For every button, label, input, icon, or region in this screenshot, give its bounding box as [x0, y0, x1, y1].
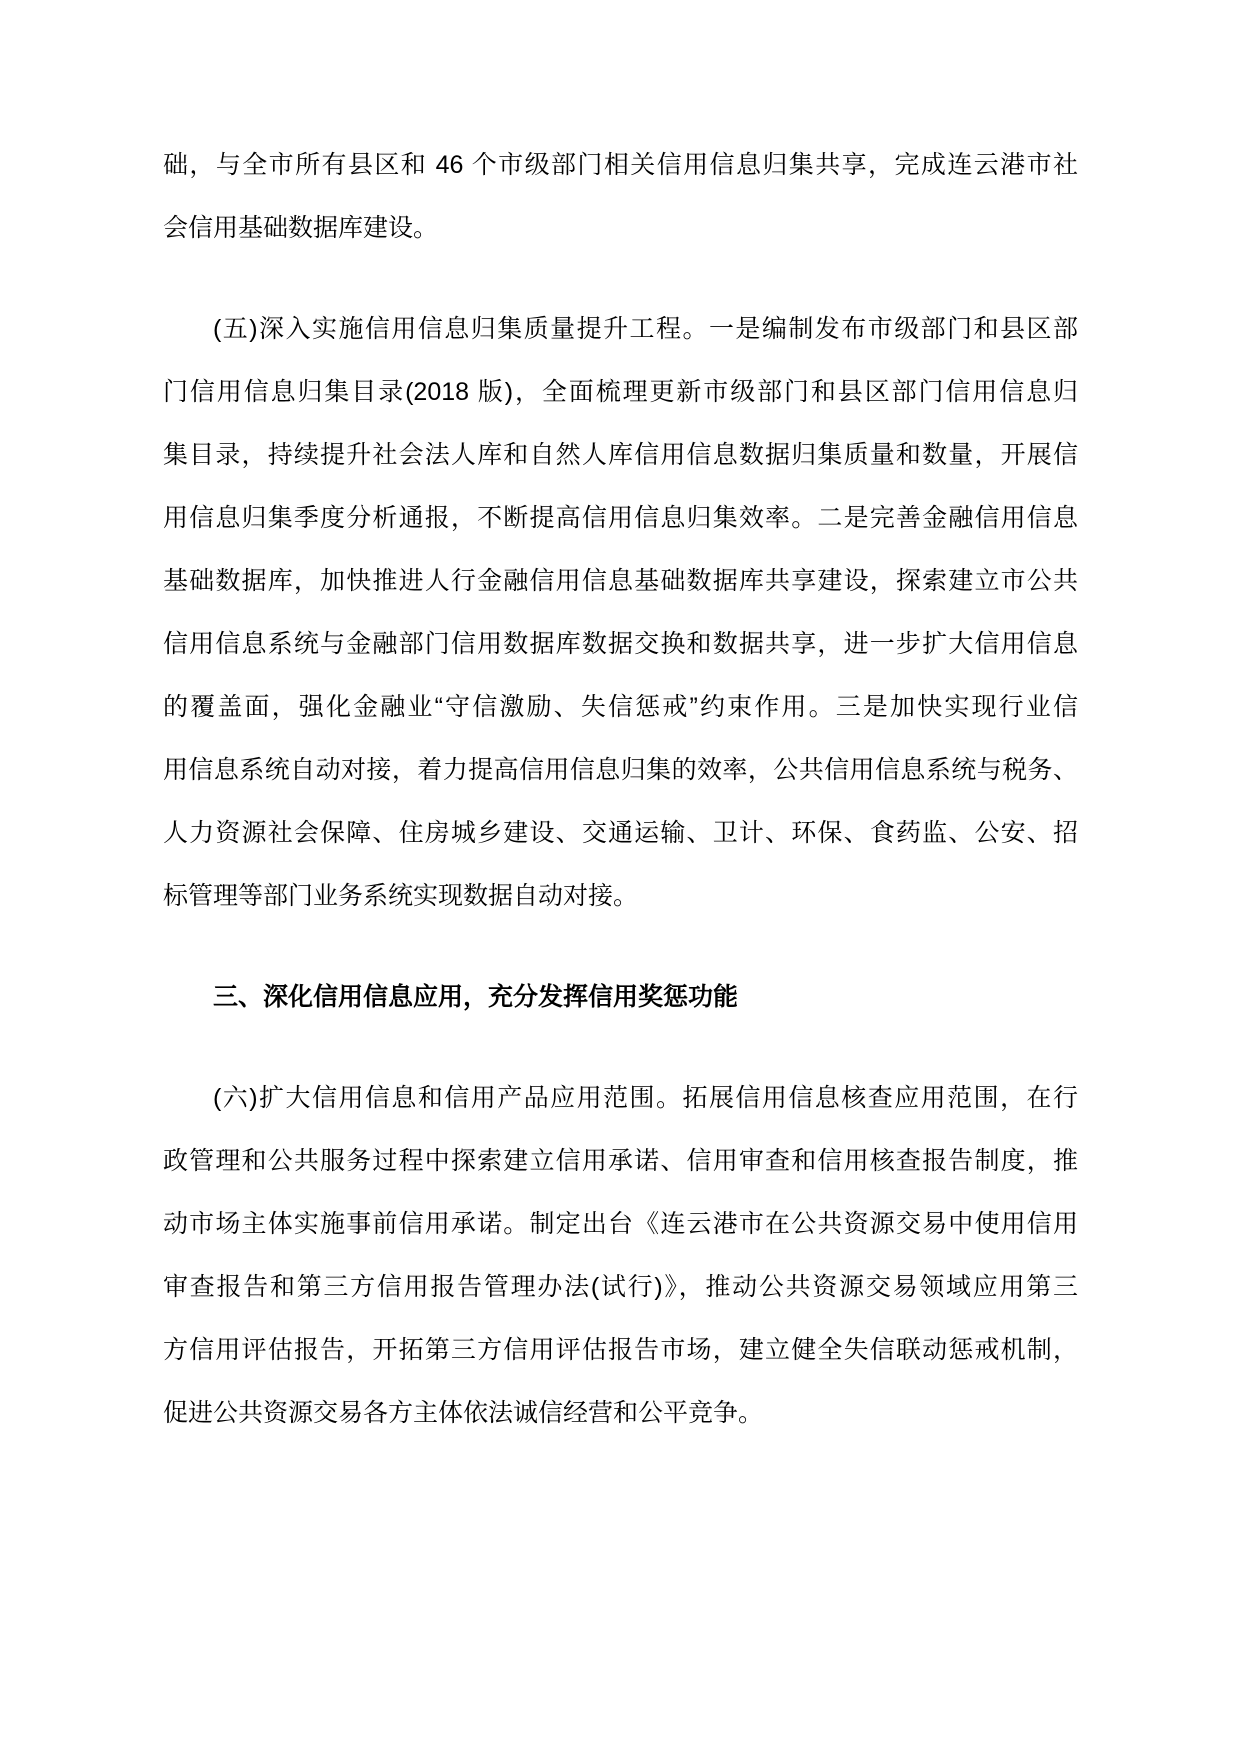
paragraph: (五)深入实施信用信息归集质量提升工程。一是编制发布市级部门和县区部 门信用信息… [163, 298, 1078, 928]
text-line: 审查报告和第三方信用报告管理办法(试行)》，推动公共资源交易领域应用第三 [163, 1256, 1078, 1319]
text-line: 人力资源社会保障、住房城乡建设、交通运输、卫计、环保、食药监、公安、招 [163, 802, 1078, 865]
text-line: 政管理和公共服务过程中探索建立信用承诺、信用审查和信用核查报告制度，推 [163, 1130, 1078, 1193]
text-line: 的覆盖面，强化金融业“守信激励、失信惩戒”约束作用。三是加快实现行业信 [163, 676, 1078, 739]
text-line: 用信息归集季度分析通报，不断提高信用信息归集效率。二是完善金融信用信息 [163, 487, 1078, 550]
text-line: 用信息系统自动对接，着力提高信用信息归集的效率，公共信用信息系统与税务、 [163, 739, 1078, 802]
text-line: 动市场主体实施事前信用承诺。制定出台《连云港市在公共资源交易中使用信用 [163, 1193, 1078, 1256]
text-line: 集目录，持续提升社会法人库和自然人库信用信息数据归集质量和数量，开展信 [163, 424, 1078, 487]
text-line: 会信用基础数据库建设。 [163, 197, 1078, 260]
text-line: (五)深入实施信用信息归集质量提升工程。一是编制发布市级部门和县区部 [163, 298, 1078, 361]
paragraph: 础，与全市所有县区和 46 个市级部门相关信用信息归集共享，完成连云港市社 会信… [163, 134, 1078, 260]
text-line: 门信用信息归集目录(2018 版)，全面梳理更新市级部门和县区部门信用信息归 [163, 361, 1078, 424]
text-line: (六)扩大信用信息和信用产品应用范围。拓展信用信息核查应用范围，在行 [163, 1067, 1078, 1130]
text-line: 基础数据库，加快推进人行金融信用信息基础数据库共享建设，探索建立市公共 [163, 550, 1078, 613]
text-line: 方信用评估报告，开拓第三方信用评估报告市场，建立健全失信联动惩戒机制， [163, 1319, 1078, 1382]
text-line: 标管理等部门业务系统实现数据自动对接。 [163, 865, 1078, 928]
document-page: 础，与全市所有县区和 46 个市级部门相关信用信息归集共享，完成连云港市社 会信… [0, 0, 1241, 1754]
text-line: 促进公共资源交易各方主体依法诚信经营和公平竞争。 [163, 1382, 1078, 1445]
text-line: 础，与全市所有县区和 46 个市级部门相关信用信息归集共享，完成连云港市社 [163, 134, 1078, 197]
text-line: 信用信息系统与金融部门信用数据库数据交换和数据共享，进一步扩大信用信息 [163, 613, 1078, 676]
paragraph: (六)扩大信用信息和信用产品应用范围。拓展信用信息核查应用范围，在行 政管理和公… [163, 1067, 1078, 1445]
section-heading: 三、深化信用信息应用，充分发挥信用奖惩功能 [163, 966, 1078, 1029]
